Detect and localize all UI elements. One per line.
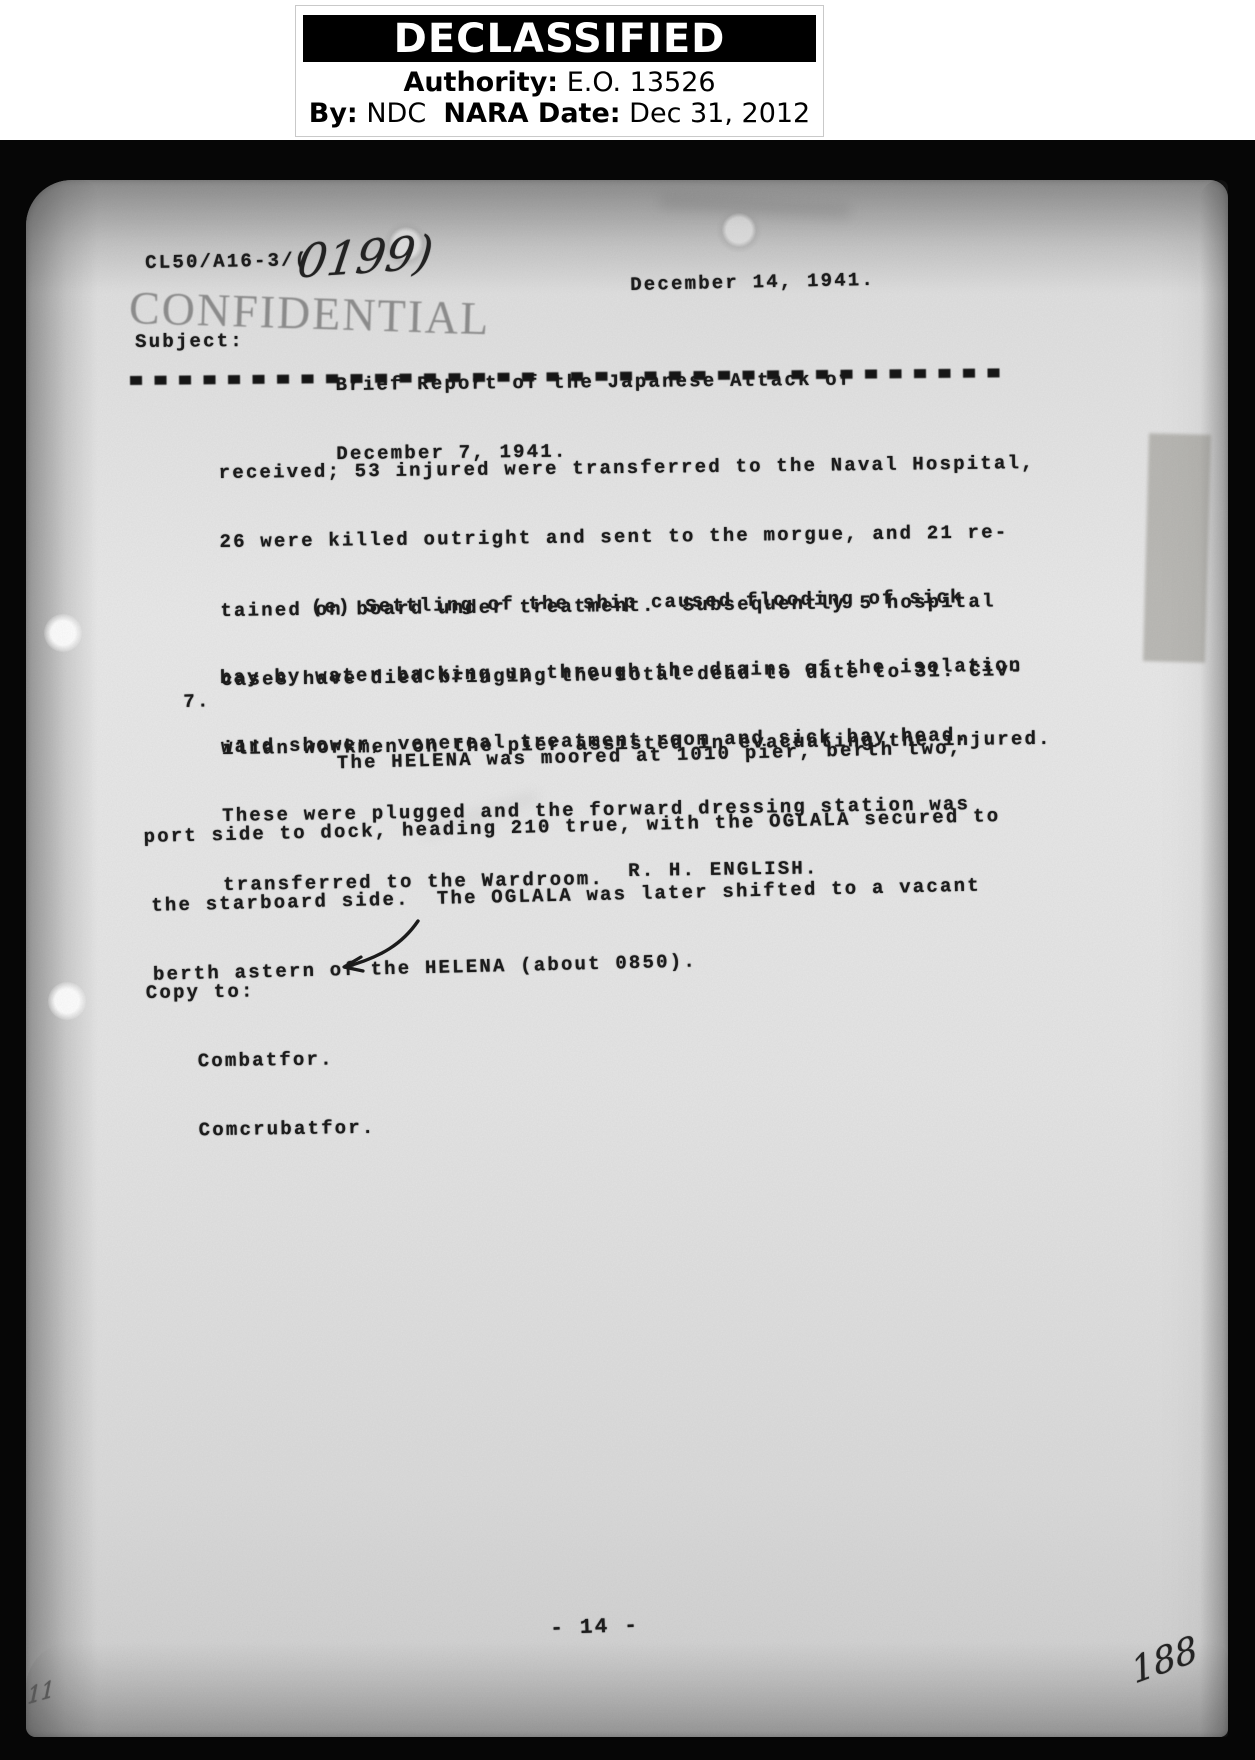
punch-hole — [48, 982, 86, 1020]
nara-date-label: NARA Date: — [443, 98, 620, 129]
page-number: - 14 - — [550, 1615, 640, 1641]
page-edge-shading — [26, 180, 1228, 295]
declassification-banner: DECLASSIFIED Authority: E.O. 13526 By: N… — [295, 5, 824, 137]
tape-mark — [1143, 433, 1211, 663]
punch-hole — [44, 614, 82, 652]
paragraph-number: 7. — [183, 690, 211, 714]
authority-label: Authority: — [403, 67, 558, 98]
by-value: NDC — [366, 98, 426, 129]
file-reference: CL50/A16-3/( — [145, 249, 309, 275]
handwritten-arrow-icon — [330, 916, 422, 978]
paragraph-line: port side to dock, heading 210 true, wit… — [143, 805, 1000, 849]
handwritten-file-number: 0199) — [294, 225, 436, 289]
paragraph-line: (e) Settling of the ship caused flooding… — [219, 585, 1022, 621]
paragraph-line: received; 53 injured were transferred to… — [219, 452, 1049, 485]
page-edge-shading — [26, 180, 98, 1737]
copy-to-label: Copy to: — [146, 979, 374, 1005]
authority-value: E.O. 13526 — [567, 67, 716, 98]
declassified-title-box: DECLASSIFIED — [303, 15, 816, 62]
paragraph-line: the starboard side. The OGLALA was later… — [145, 874, 1002, 918]
paragraph-line: The HELENA was moored at 1010 pier, bert… — [142, 736, 999, 780]
by-label: By: — [309, 98, 358, 129]
page-edge-shading — [1200, 180, 1228, 1737]
document-scan: CL50/A16-3/( 0199) December 14, 1941. CO… — [0, 140, 1255, 1760]
declassified-title: DECLASSIFIED — [394, 16, 726, 62]
copy-to-item: Comcrubatfor. — [199, 1117, 376, 1142]
nara-date-value: Dec 31, 2012 — [629, 98, 810, 129]
subject-label: Subject: — [135, 330, 244, 354]
page-edge-shading — [26, 1642, 1228, 1737]
signature: R. H. ENGLISH. — [628, 857, 819, 883]
authority-line: Authority: E.O. 13526 — [296, 67, 823, 98]
copy-to-item: Combatfor. — [198, 1048, 375, 1073]
by-date-line: By: NDC NARA Date: Dec 31, 2012 — [296, 98, 823, 129]
